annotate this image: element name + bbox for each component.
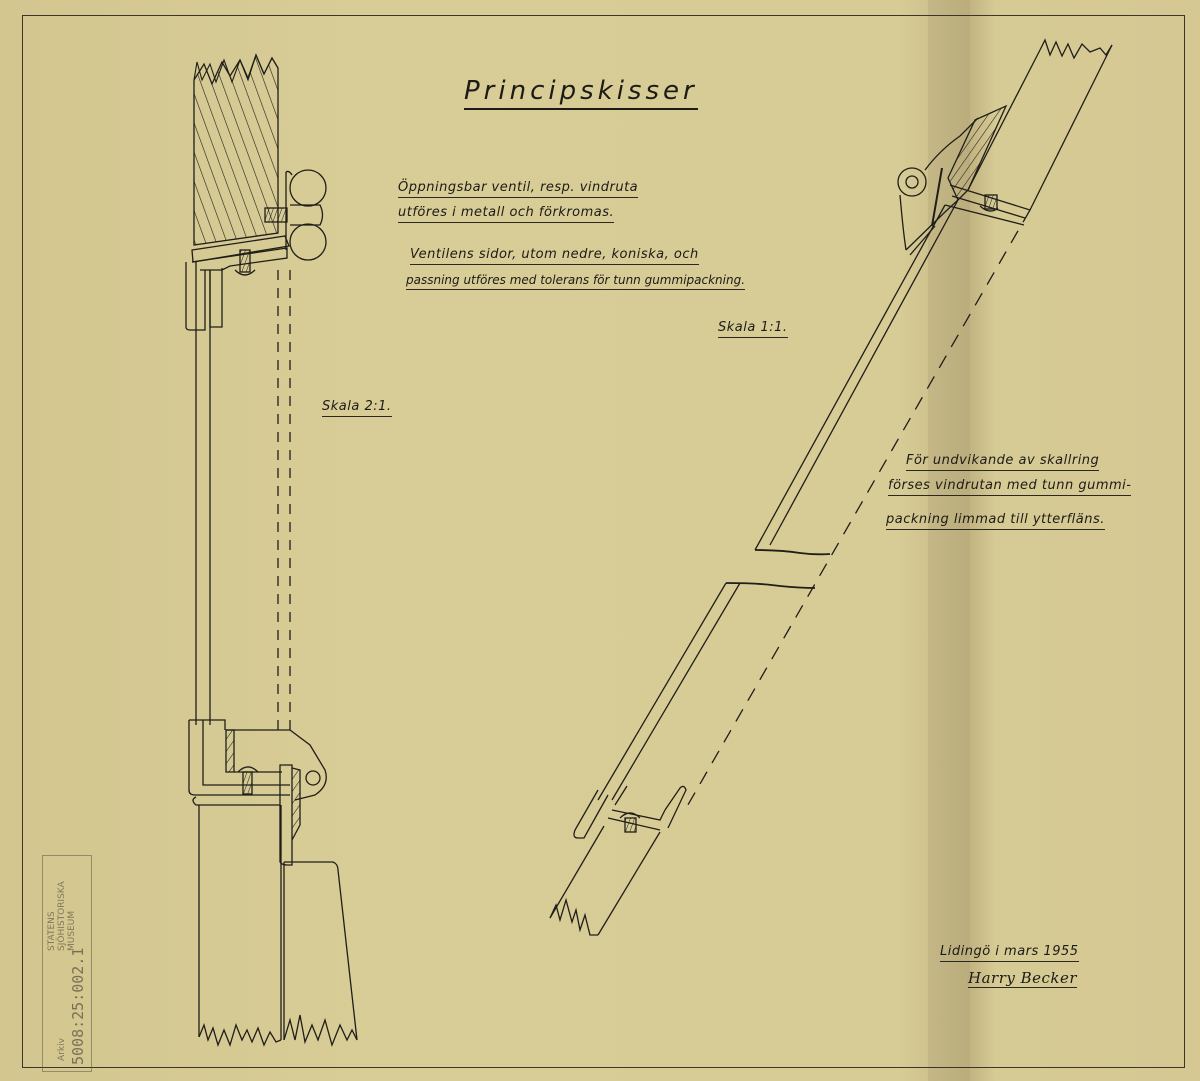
stamp-line-3: SJÖHISTORISKA — [57, 881, 67, 951]
note-right-line-2: förses vindrutan med tunn gummi- — [888, 478, 1131, 496]
note-right-line-1: För undvikande av skallring — [906, 453, 1099, 471]
technical-drawing — [0, 0, 1200, 1081]
museum-stamp: 5008:25:002.1 Arkiv STATENS SJÖHISTORISK… — [42, 855, 92, 1072]
note-right-line-3: packning limmad till ytterfläns. — [886, 512, 1105, 530]
stamp-line-2: STATENS — [47, 911, 57, 951]
note-line-4: passning utföres med tolerans för tunn g… — [406, 272, 745, 290]
scale-right-label: Skala 1:1. — [718, 320, 788, 338]
stamp-line-4: MUSEUM — [67, 911, 77, 951]
note-line-3: Ventilens sidor, utom nedre, koniska, oc… — [410, 247, 699, 265]
stamp-number: 5008:25:002.1 — [69, 948, 87, 1065]
signature: Harry Becker — [968, 970, 1077, 988]
stamp-line-1: Arkiv — [57, 1038, 67, 1061]
place-date: Lidingö i mars 1955 — [940, 944, 1079, 962]
drawing-title: Principskisser — [464, 76, 698, 110]
left-section-detail — [186, 55, 357, 1045]
note-line-1: Öppningsbar ventil, resp. vindruta — [398, 180, 638, 198]
scale-left-label: Skala 2:1. — [322, 399, 392, 417]
note-line-2: utföres i metall och förkromas. — [398, 205, 614, 223]
